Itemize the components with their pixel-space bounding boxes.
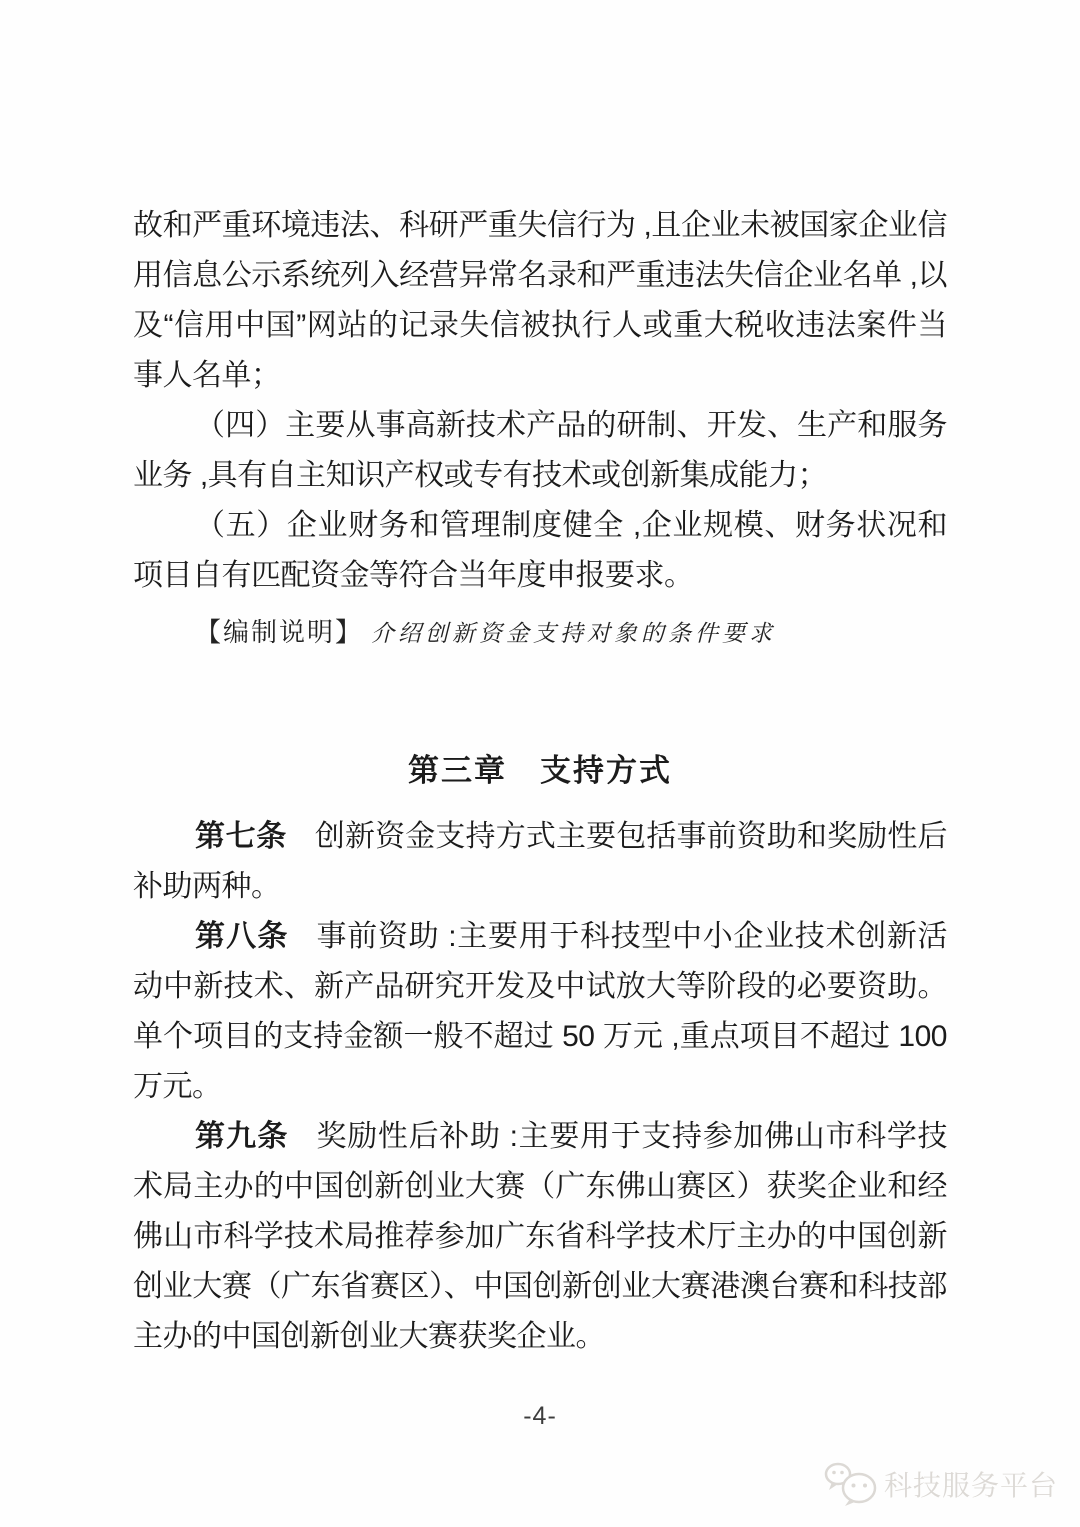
article-nine: 第九条奖励性后补助 :主要用于支持参加佛山市科学技术局主办的中国创新创业大赛（广… xyxy=(133,1112,947,1362)
paragraph-item-four: （四）主要从事高新技术产品的研制、开发、生产和服务业务 ,具有自主知识产权或专有… xyxy=(133,401,947,501)
document-body: 故和严重环境违法、科研严重失信行为 ,且企业未被国家企业信用信息公示系统列入经营… xyxy=(133,201,947,1431)
article-seven-number: 第七条 xyxy=(195,820,287,853)
compilation-note-text: 介绍创新资金支持对象的条件要求 xyxy=(371,621,776,646)
compilation-note-label: 【编制说明】 xyxy=(195,618,363,647)
article-eight: 第八条事前资助 :主要用于科技型中小企业技术创新活动中新技术、新产品研究开发及中… xyxy=(133,912,947,1112)
page-number: -4- xyxy=(133,1402,947,1431)
platform-watermark: 科技服务平台 xyxy=(824,1461,1058,1507)
document-page: 故和严重环境违法、科研严重失信行为 ,且企业未被国家企业信用信息公示系统列入经营… xyxy=(0,0,1080,1527)
article-nine-number: 第九条 xyxy=(195,1120,289,1153)
wechat-icon xyxy=(824,1461,878,1507)
chapter-heading: 第三章 支持方式 xyxy=(133,746,947,796)
paragraph-item-five: （五）企业财务和管理制度健全 ,企业规模、财务状况和项目自有匹配资金等符合当年度… xyxy=(133,501,947,601)
platform-watermark-text: 科技服务平台 xyxy=(884,1464,1058,1504)
articles-section: 第七条创新资金支持方式主要包括事前资助和奖励性后补助两种。 第八条事前资助 :主… xyxy=(133,812,947,1362)
paragraph-continuation: 故和严重环境违法、科研严重失信行为 ,且企业未被国家企业信用信息公示系统列入经营… xyxy=(133,201,947,401)
article-eight-number: 第八条 xyxy=(195,920,289,953)
compilation-note: 【编制说明】介绍创新资金支持对象的条件要求 xyxy=(133,613,947,654)
article-seven: 第七条创新资金支持方式主要包括事前资助和奖励性后补助两种。 xyxy=(133,812,947,912)
article-nine-text: 奖励性后补助 :主要用于支持参加佛山市科学技术局主办的中国创新创业大赛（广东佛山… xyxy=(133,1120,947,1353)
